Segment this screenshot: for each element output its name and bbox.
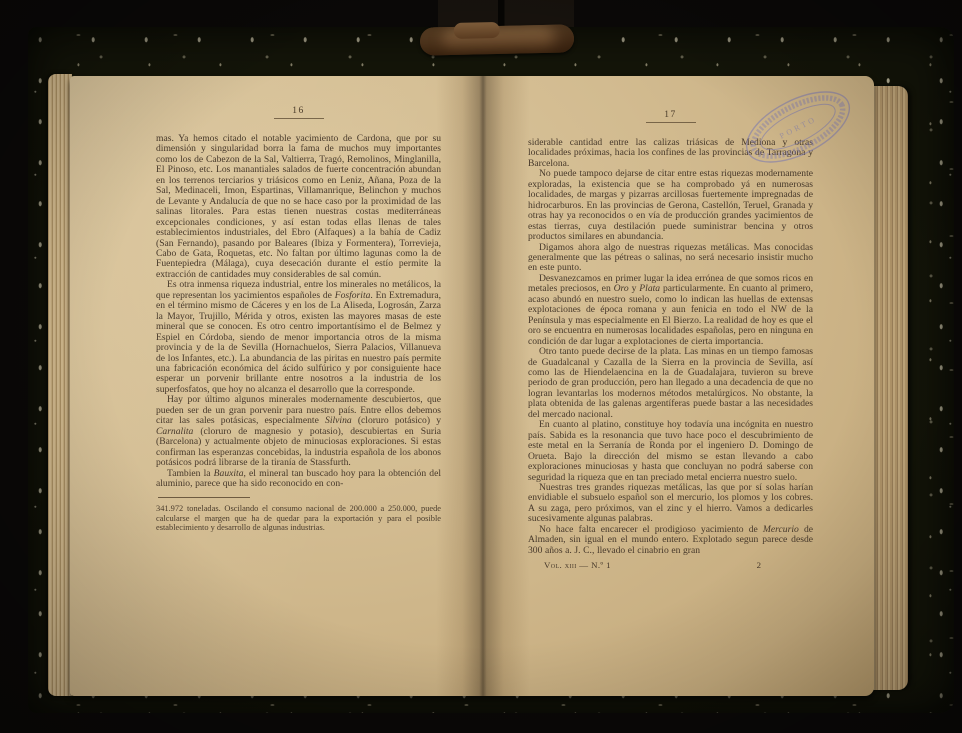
page-edges-left xyxy=(48,74,72,696)
library-stamp-icon: PORTO xyxy=(735,86,861,168)
footnote: 341.972 toneladas. Oscilando el consumo … xyxy=(156,504,441,533)
paragraph: Desvanezcamos en primer lugar la idea er… xyxy=(528,274,813,347)
paragraph: Otro tanto puede decirse de la plata. La… xyxy=(528,347,813,420)
page-text-left: mas. Ya hemos citado el notable yacimien… xyxy=(156,134,441,489)
paragraph: Digamos ahora algo de nuestras riquezas … xyxy=(528,243,813,274)
page-edges-right xyxy=(872,86,908,690)
page-number-rule-right xyxy=(646,122,696,123)
paragraph: Hay por último algunos minerales moderna… xyxy=(156,395,441,468)
volume-label: Vol. xiii — N.º 1 xyxy=(544,560,611,570)
page-footer: Vol. xiii — N.º 1 2 xyxy=(528,560,813,570)
page-number-left: 16 xyxy=(156,106,441,116)
page-text-right: siderable cantidad entre las calizas tri… xyxy=(528,138,813,556)
signature-number: 2 xyxy=(757,560,761,570)
footnote-rule xyxy=(158,497,250,498)
page-number-rule-left xyxy=(274,118,324,119)
right-page: 17 siderable cantidad entre las calizas … xyxy=(528,110,813,570)
gutter-shadow xyxy=(436,76,530,696)
left-page: 16 mas. Ya hemos citado el notable yacim… xyxy=(156,106,441,533)
paragraph: Nuestras tres grandes riquezas metálicas… xyxy=(528,483,813,525)
paragraph: En cuanto al platino, constituye hoy tod… xyxy=(528,420,813,483)
paragraph: mas. Ya hemos citado el notable yacimien… xyxy=(156,134,441,280)
paragraph: Tambien la Bauxita, el mineral tan busca… xyxy=(156,469,441,490)
paragraph: Es otra inmensa riqueza industrial, entr… xyxy=(156,280,441,395)
paragraph: No puede tampoco dejarse de citar entre … xyxy=(528,169,813,242)
paragraph: No hace falta encarecer el prodigioso ya… xyxy=(528,525,813,556)
headband xyxy=(420,24,575,55)
